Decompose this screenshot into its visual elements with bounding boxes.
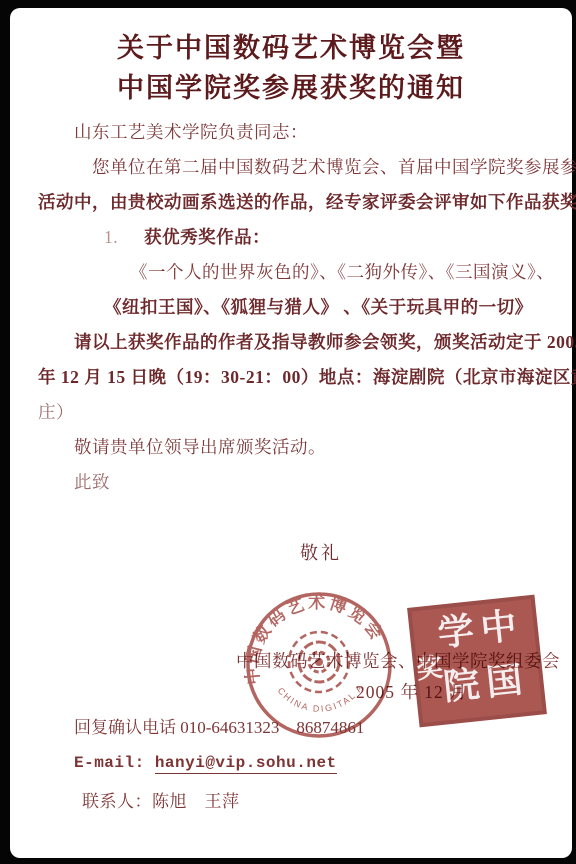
document-title: 关于中国数码艺术博览会暨 中国学院奖参展获奖的通知 bbox=[10, 28, 572, 108]
round-seal-center-emblem bbox=[289, 632, 349, 692]
paragraph1-line1: 您单位在第二届中国数码艺术博览会、首届中国学院奖参展参赛 bbox=[38, 150, 556, 185]
email-label: E-mail: bbox=[74, 754, 155, 772]
works-line-2: 《纽扣王国》、《狐狸与猎人》 、《关于玩具甲的一切》 bbox=[38, 290, 556, 325]
square-seal: 中 国 学 院 奖 bbox=[406, 594, 548, 729]
paragraph2-line3: 庄） bbox=[38, 395, 556, 430]
award-item-line: 1.获优秀奖作品： bbox=[38, 220, 556, 255]
award-item-label: 获优秀奖作品： bbox=[144, 227, 270, 247]
paragraph2-line1: 请以上获奖作品的作者及指导教师参会领奖，颁奖活动定于 2005 bbox=[38, 325, 556, 360]
works-line-1: 《一个人的世界灰色的》、《二狗外传》、《三国演义》、 bbox=[38, 255, 556, 290]
square-seal-char-guo: 国 bbox=[484, 659, 524, 703]
paragraph3: 敬请贵单位领导出席颁奖活动。 bbox=[38, 430, 556, 465]
title-line-2: 中国学院奖参展获奖的通知 bbox=[10, 68, 572, 108]
email-address: hanyi@vip.sohu.net bbox=[155, 754, 337, 774]
closing-jingli: 敬礼 bbox=[300, 539, 342, 565]
square-seal-char-xue: 学 bbox=[436, 610, 476, 654]
award-item-number: 1. bbox=[104, 227, 118, 247]
contact-persons-line: 联系人：陈旭 王萍 bbox=[82, 787, 240, 812]
square-seal-char-yuan: 院 bbox=[442, 664, 482, 708]
closing-cizhi: 此致 bbox=[38, 465, 556, 500]
salutation: 山东工艺美术学院负责同志： bbox=[38, 115, 556, 150]
document-body: 山东工艺美术学院负责同志： 您单位在第二届中国数码艺术博览会、首届中国学院奖参展… bbox=[38, 115, 556, 500]
email-line: E-mail: hanyi@vip.sohu.net bbox=[74, 754, 337, 772]
square-seal-char-zhong: 中 bbox=[479, 606, 519, 650]
scanned-notice-page: 关于中国数码艺术博览会暨 中国学院奖参展获奖的通知 山东工艺美术学院负责同志： … bbox=[10, 8, 572, 858]
title-line-1: 关于中国数码艺术博览会暨 bbox=[10, 28, 572, 68]
paragraph1-line2: 活动中，由贵校动画系选送的作品，经专家评委会评审如下作品获奖： bbox=[38, 185, 556, 220]
paragraph2-line2: 年 12 月 15 日晚（19：30-21：00）地点：海淀剧院（北京市海淀区黄 bbox=[38, 360, 556, 395]
phone-confirmation-line: 回复确认电话 010-64631323 86874861 bbox=[74, 713, 364, 738]
square-seal-char-jiang: 奖 bbox=[415, 653, 444, 685]
